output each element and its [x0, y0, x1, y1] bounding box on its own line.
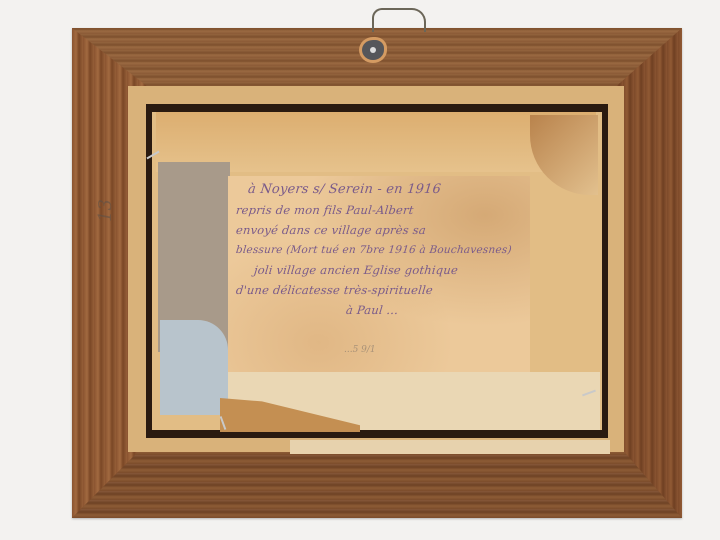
frame-pencil-mark: 13	[95, 199, 116, 222]
label-line: repris de mon fils Paul-Albert	[235, 200, 537, 220]
label-text: à Noyers s/ Serein - en 1916 repris de m…	[236, 180, 536, 320]
label-line: joli village ancien Eglise gothique	[235, 260, 537, 280]
label-line: envoyé dans ce village après sa	[235, 220, 537, 240]
label-line: blessure (Mort tué en 7bre 1916 à Boucha…	[235, 240, 537, 260]
label-line: d'une délicatesse très-spirituelle	[235, 280, 537, 300]
bottom-paper-strip	[290, 440, 610, 454]
blue-paper-patch	[160, 320, 228, 415]
pencil-note: ...5 9/1	[344, 345, 376, 355]
label-signature: à Paul ...	[235, 300, 537, 320]
wire-hanger-icon	[372, 8, 426, 32]
label-line: à Noyers s/ Serein - en 1916	[235, 180, 537, 200]
screw-icon	[370, 47, 376, 53]
